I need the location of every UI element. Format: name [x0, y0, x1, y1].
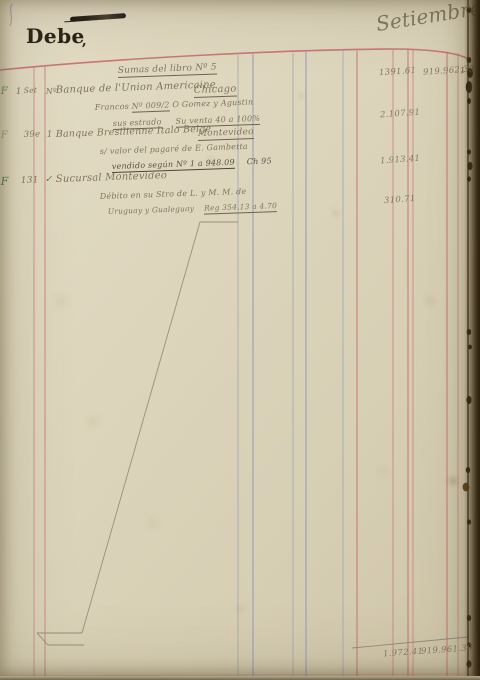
entry-line1-right: Chicago — [194, 84, 237, 96]
foxing-spots — [0, 0, 2, 2]
carry-label: Sumas del libro Nº 5 — [118, 63, 217, 76]
entry-day: 1 — [16, 87, 22, 97]
entry-ref: 131 — [21, 175, 39, 186]
entry-line1-right: Montevideo — [198, 127, 254, 139]
page-bottom-edge — [0, 676, 480, 680]
entry-ref: 39e — [24, 129, 41, 140]
margin-mark: F — [1, 175, 9, 188]
entry-tick: 1 — [47, 130, 53, 140]
binding-edge — [464, 0, 480, 680]
ledger-page: Debe , Setiembre Sumas del libro Nº 5 13… — [0, 0, 480, 680]
pen-squiggle — [10, 4, 12, 26]
margin-mark: F — [1, 86, 9, 97]
closing-diagonal — [37, 222, 238, 645]
page-title-mark: , — [82, 34, 87, 49]
page-title: Debe — [26, 24, 85, 48]
margin-mark: F — [1, 130, 9, 141]
entry-ref: Set — [24, 86, 38, 95]
entry-tick-check: ✓ — [45, 175, 53, 185]
